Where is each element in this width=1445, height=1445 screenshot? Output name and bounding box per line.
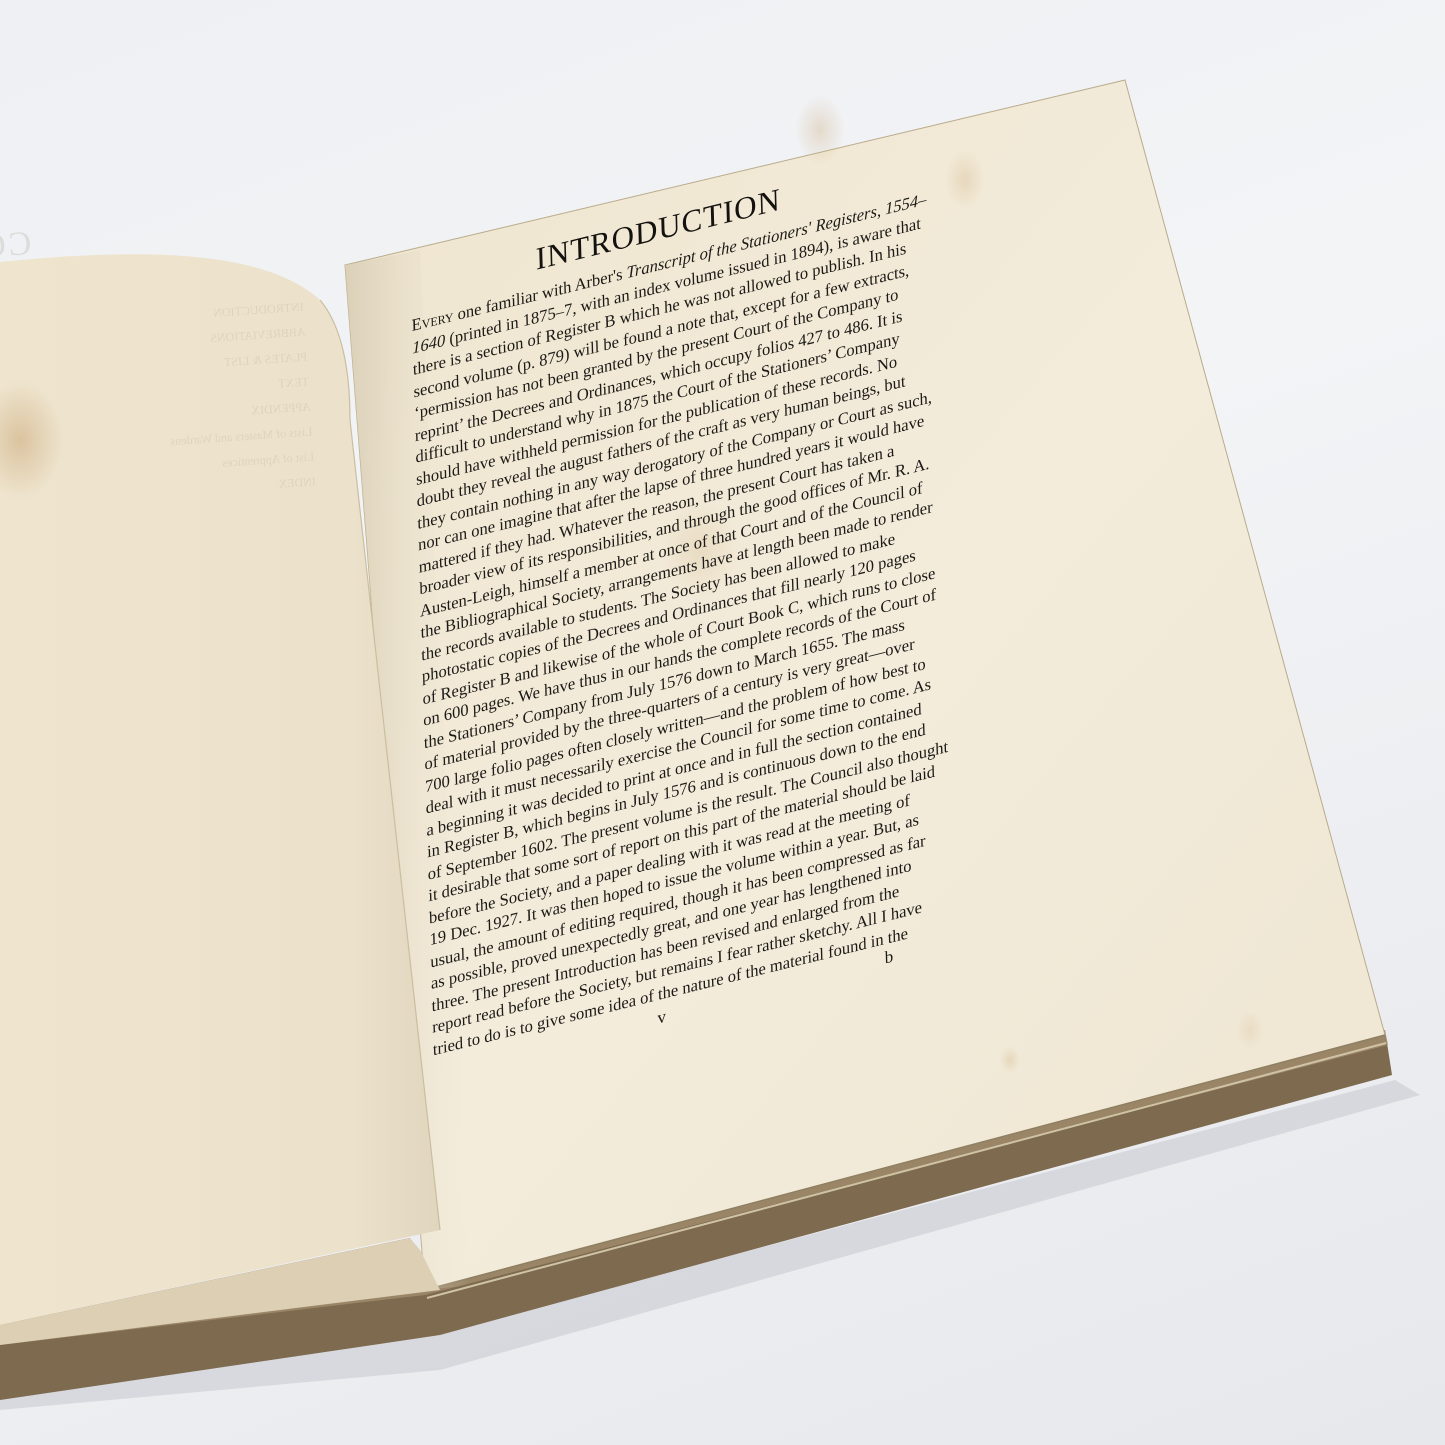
book-photo: CONTENTS INTRODUCTION ABBREVIATIONS PLAT… — [0, 0, 1445, 1445]
introduction-body: Every one familiar with Arber's Transcri… — [411, 200, 901, 1061]
signature-mark: b — [884, 946, 893, 968]
page-number: v — [657, 1006, 666, 1028]
introduction-text-block: INTRODUCTION Every one familiar with Arb… — [410, 157, 902, 1088]
